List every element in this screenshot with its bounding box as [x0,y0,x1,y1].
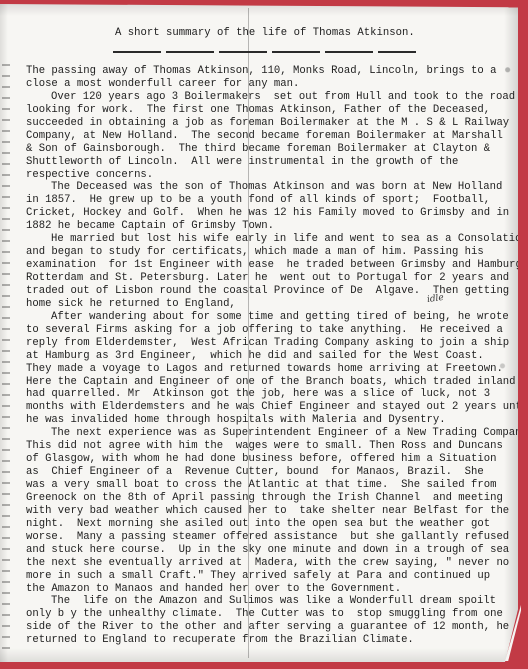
text-line: more in such a small Craft." They arrive… [26,570,526,583]
document-title: A short summary of the life of Thomas At… [115,27,415,39]
document-body: The passing away of Thomas Atkinson, 110… [26,65,526,647]
paragraph: The passing away of Thomas Atkinson, 110… [26,65,526,91]
text-line: he was invalided home through hospitals … [26,414,526,427]
paragraph: The next experience was as Superintenden… [26,427,526,595]
paragraph: The Deceased was the son of Thomas Atkin… [26,181,526,233]
text-line: Company, at New Holland. The second beca… [26,130,526,143]
text-line: The next experience was as Superintenden… [26,427,526,440]
text-line: They made a voyage to Lagos and returned… [26,363,526,376]
text-line: and began to study for certificats, whic… [26,246,526,259]
text-line: The passing away of Thomas Atkinson, 110… [26,65,526,78]
text-line: months with Elderdemsters and he was Chi… [26,401,526,414]
text-line: He married but lost his wife early in li… [26,233,526,246]
text-line: 1882 he became Captain of Grimsby Town. [26,220,526,233]
title-underline [113,51,416,53]
text-line: The life on the Amazon and Sulimos was l… [26,595,526,608]
text-line: succeeded in obtaining a job as foreman … [26,117,526,130]
text-line: and stuck here course. Up in the sky one… [26,544,526,557]
text-line: worse. Many a passing steamer offered as… [26,531,526,544]
text-line: only b y the unhealthy climate. The Cutt… [26,608,526,621]
text-line: Here the Captain and Engineer of one of … [26,376,526,389]
text-line: side of the River to the other and after… [26,621,526,634]
text-line: had quarrelled. Mr Atkinson got the job,… [26,388,526,401]
text-line: home sick he returned to England, [26,298,526,311]
text-line: Shuttleworth of Lincoln. All were instru… [26,156,526,169]
text-line: at Hamburg as 3rd Engineer, which he did… [26,350,526,363]
text-line: This did not agree with him the wages we… [26,440,526,453]
typed-document-page: A short summary of the life of Thomas At… [0,4,518,662]
text-line: in 1857. He grew up to be a youth fond o… [26,194,526,207]
text-line: The Deceased was the son of Thomas Atkin… [26,181,526,194]
text-line: Over 120 years ago 3 Boilermakers set ou… [26,91,526,104]
text-line: traded out of Lisbon round the coastal P… [26,285,526,298]
text-line: night. Next morning she asiled out into … [26,518,526,531]
text-line: with very bad weather which caused her t… [26,505,526,518]
text-line: After wandering about for some time and … [26,311,526,324]
paragraph: After wandering about for some time and … [26,311,526,427]
text-line: Rotterdam and St. Petersburg. Later he w… [26,272,526,285]
text-line: of Glasgow, with whom he had done busine… [26,453,526,466]
text-line: Cricket, Hockey and Golf. When he was 12… [26,207,526,220]
punch-hole-marks [2,64,10,654]
paragraph: The life on the Amazon and Sulimos was l… [26,595,526,647]
paragraph: He married but lost his wife early in li… [26,233,526,311]
text-line: returned to England to recuperate from t… [26,634,526,647]
text-line: to several Firms asking for a job offeri… [26,324,526,337]
text-line: was a very small boat to cross the Atlan… [26,479,526,492]
text-line: as Chief Engineer of a Revenue Cutter, b… [26,466,526,479]
text-line: respective concerns. [26,169,526,182]
text-line: looking for work. The first one Thomas A… [26,104,526,117]
text-line: & Son of Gainsborough. The third became … [26,143,526,156]
paragraph: Over 120 years ago 3 Boilermakers set ou… [26,91,526,182]
text-line: the Amazon to Manaos and handed her over… [26,583,526,596]
text-line: the next she eventually arrived at Mader… [26,557,526,570]
text-line: close a most wonderfull career for any m… [26,78,526,91]
text-line: reply from Elderdemster, West African Tr… [26,337,526,350]
text-line: Greenock on the 8th of April passing thr… [26,492,526,505]
text-line: examination for 1st Engineer with ease h… [26,259,526,272]
